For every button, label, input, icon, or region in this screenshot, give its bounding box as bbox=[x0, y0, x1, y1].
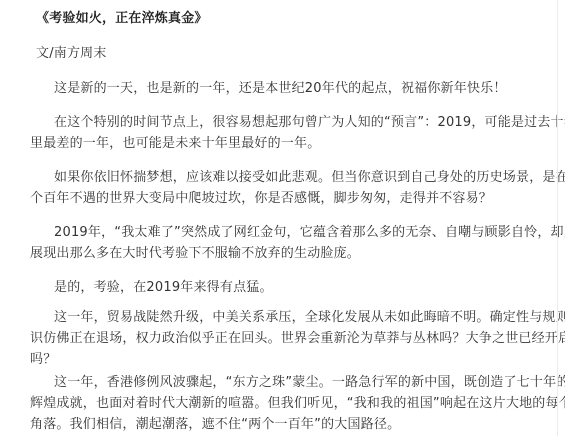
paragraph-line: 个百年不遇的世界大变局中爬坡过坎，你是否感慨，脚步匆匆，走得并不容易？ bbox=[6, 188, 514, 209]
article-byline: 文/南方周末 bbox=[36, 43, 107, 64]
paragraph-line: 如果你依旧怀揣梦想，应该难以接受如此悲观。但当你意识到自己身处的历史场景，是在一 bbox=[6, 167, 514, 188]
paragraph-line: 这一年，香港修例风波骤起，“东方之珠”蒙尘。一路急行军的新中国，既创造了七十年的 bbox=[6, 372, 514, 393]
paragraph: 如果你依旧怀揣梦想，应该难以接受如此悲观。但当你意识到自己身处的历史场景，是在一… bbox=[6, 167, 514, 209]
paragraph-line: 2019年，“我太难了”突然成了网红金句，它蕴含着那么多的无奈、自嘲与顾影自怜，… bbox=[6, 222, 514, 243]
paragraph: 是的，考验，在2019年来得有点猛。 bbox=[6, 277, 514, 298]
paragraph: 在这个特别的时间节点上，很容易想起那句曾广为人知的“预言”：2019，可能是过去… bbox=[6, 112, 514, 154]
paragraph-line: 这一年，贸易战陡然升级，中美关系承压，全球化发展从未如此晦暗不明。确定性与规则共 bbox=[6, 307, 514, 328]
paragraph: 这一年，贸易战陡然升级，中美关系承压，全球化发展从未如此晦暗不明。确定性与规则共… bbox=[6, 307, 514, 370]
paragraph-line: 里最差的一年，也可能是未来十年里最好的一年。 bbox=[6, 133, 514, 154]
paragraph-line: 在这个特别的时间节点上，很容易想起那句曾广为人知的“预言”：2019，可能是过去… bbox=[6, 112, 514, 133]
paragraph: 这一年，香港修例风波骤起，“东方之珠”蒙尘。一路急行军的新中国，既创造了七十年的… bbox=[6, 372, 514, 435]
paragraph-line: 展现出那么多在大时代考验下不服输不放弃的生动脸庞。 bbox=[6, 243, 514, 264]
paragraph-line: 这是新的一天，也是新的一年，还是本世纪20年代的起点，祝福你新年快乐！ bbox=[6, 78, 514, 99]
paragraph-line: 是的，考验，在2019年来得有点猛。 bbox=[6, 277, 514, 298]
article-title: 《考验如火，正在淬炼真金》 bbox=[36, 8, 208, 29]
paragraph-line: 识仿佛正在退场，权力政治似乎正在回头。世界会重新沦为草莽与丛林吗？大争之世已经开… bbox=[6, 328, 514, 349]
paragraph-line: 吗？ bbox=[6, 349, 514, 370]
paragraph-line: 角落。我们相信，潮起潮落，遮不住“两个一百年”的大国路径。 bbox=[6, 414, 514, 435]
page-edge-divider bbox=[557, 0, 558, 436]
paragraph: 2019年，“我太难了”突然成了网红金句，它蕴含着那么多的无奈、自嘲与顾影自怜，… bbox=[6, 222, 514, 264]
paragraph: 这是新的一天，也是新的一年，还是本世纪20年代的起点，祝福你新年快乐！ bbox=[6, 78, 514, 99]
paragraph-line: 辉煌成就，也面对着时代大潮新的喧嚣。但我们听见，“我和我的祖国”响起在这片大地的… bbox=[6, 393, 514, 414]
